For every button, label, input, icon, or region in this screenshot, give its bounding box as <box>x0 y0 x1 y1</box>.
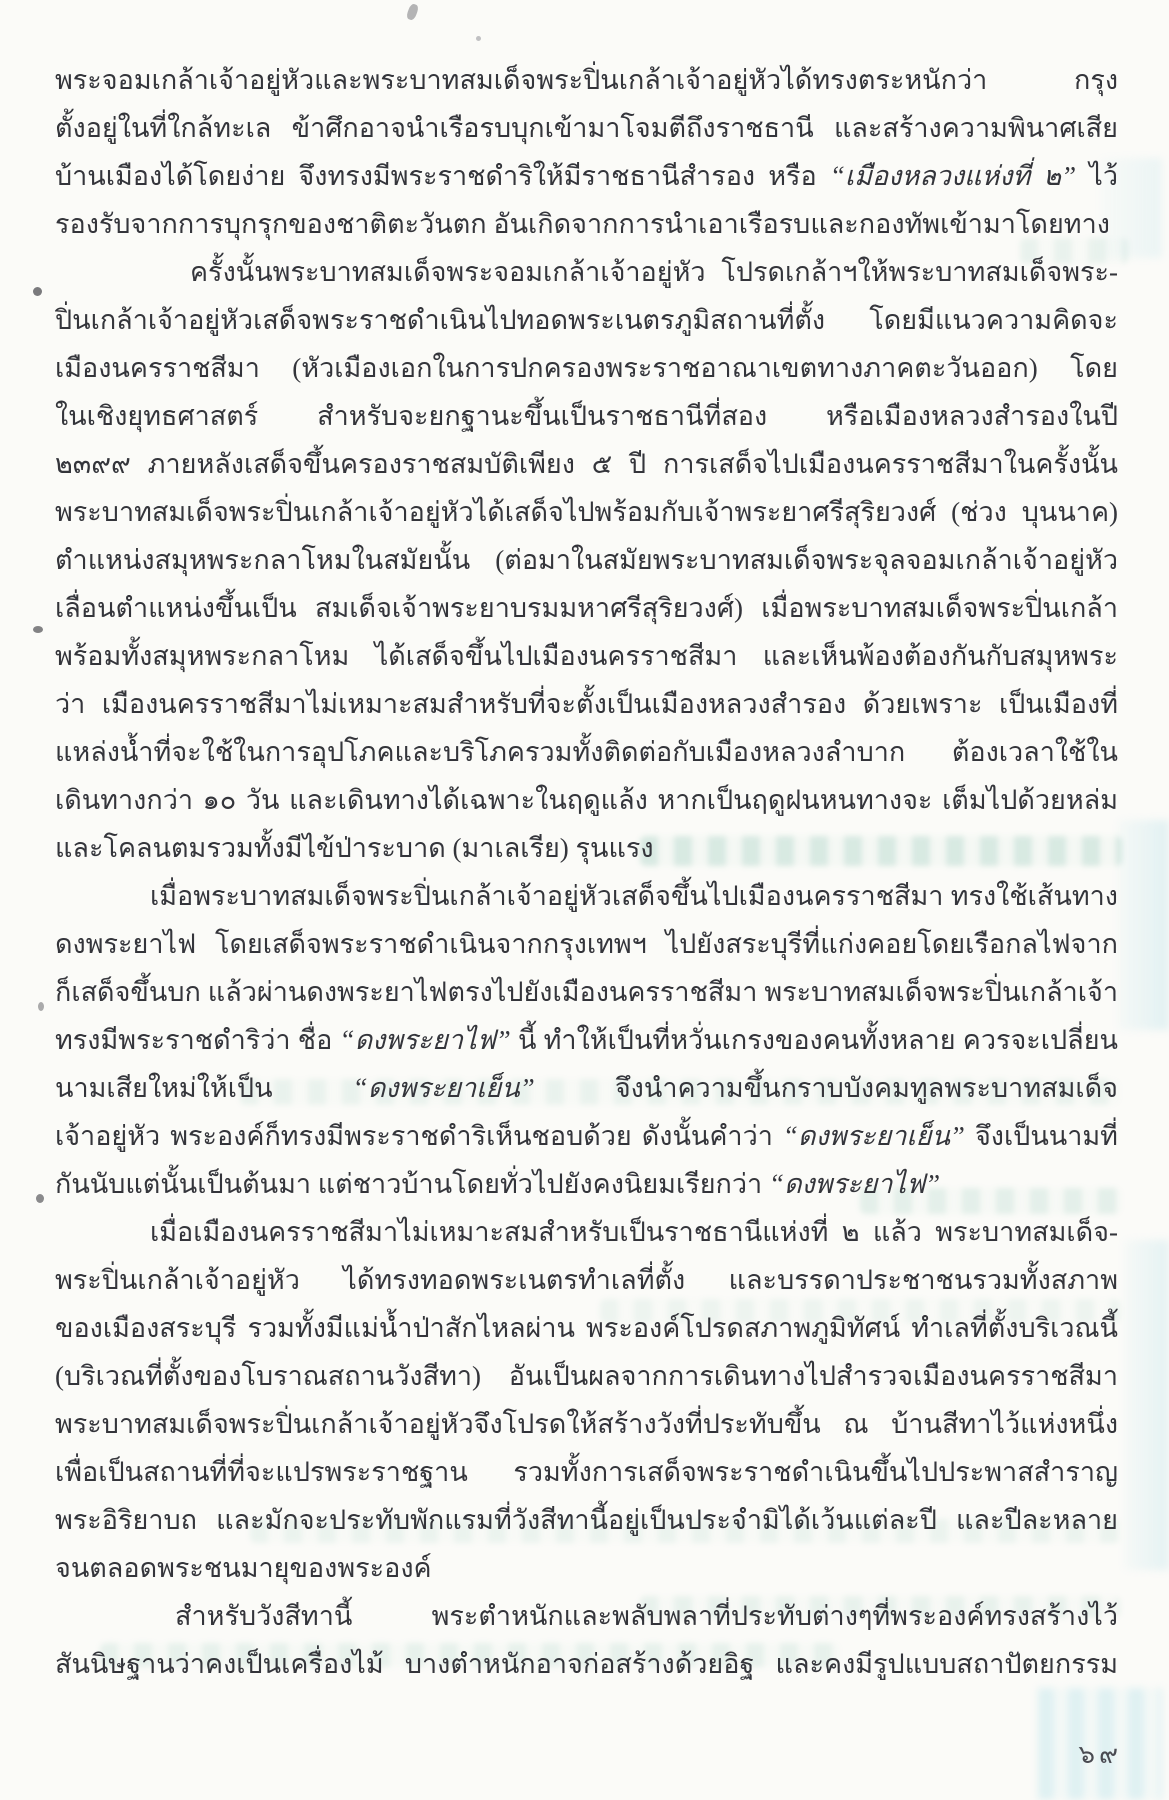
scan-smudge <box>406 3 420 21</box>
text-line: ดงพระยาไฟ โดยเสด็จพระราชดำเนินจากกรุงเทพ… <box>55 920 1118 968</box>
text-segment: บ้านเมืองได้โดยง่าย จึงทรงมีพระราชดำริให… <box>55 161 830 191</box>
text-line: เมืองนครราชสีมา (หัวเมืองเอกในการปกครองพ… <box>55 344 1118 392</box>
text-line: พระอิริยาบถ และมักจะประทับพักแรมที่วังสี… <box>55 1496 1118 1544</box>
scan-speck <box>36 1194 44 1203</box>
text-line: ทรงมีพระราชดำริว่า ชื่อ “ดงพระยาไฟ” นี้ … <box>55 1016 1118 1064</box>
text-line: พระบาทสมเด็จพระปิ่นเกล้าเจ้าอยู่หัวได้เส… <box>55 488 1118 536</box>
text-line: และโคลนตมรวมทั้งมีไข้ป่าระบาด (มาเลเรีย)… <box>55 824 1118 872</box>
text-segment: นี้ ทำให้เป็นที่หวั่นเกรงของคนทั้งหลาย ค… <box>511 1025 1118 1055</box>
emphasized-text: “ดงพระยาไฟ” <box>769 1169 940 1199</box>
text-line: ปิ่นเกล้าเจ้าอยู่หัวเสด็จพระราชดำเนินไปท… <box>55 296 1118 344</box>
text-line: ก็เสด็จขึ้นบก แล้วผ่านดงพระยาไฟตรงไปยังเ… <box>55 968 1118 1016</box>
text-line: ตั้งอยู่ในที่ใกล้ทะเล ข้าศึกอาจนำเรือรบบ… <box>55 104 1118 152</box>
text-segment: เจ้าอยู่หัว พระองค์ก็ทรงมีพระราชดำริเห็น… <box>55 1121 783 1151</box>
text-line: เดินทางกว่า ๑๐ วัน และเดินทางได้เฉพาะในฤ… <box>55 776 1118 824</box>
text-line: เพื่อเป็นสถานที่ที่จะแปรพระราชฐาน รวมทั้… <box>55 1448 1118 1496</box>
scan-tint-band <box>1118 820 1169 1030</box>
text-line: ในเชิงยุทธศาสตร์ สำหรับจะยกฐานะขึ้นเป็นร… <box>55 392 1118 440</box>
text-line: ครั้งนั้นพระบาทสมเด็จพระจอมเกล้าเจ้าอยู่… <box>55 248 1118 296</box>
text-line: เลื่อนตำแหน่งขึ้นเป็น สมเด็จเจ้าพระยาบรม… <box>55 584 1118 632</box>
text-line: สำหรับวังสีทานี้ พระตำหนักและพลับพลาที่ป… <box>55 1592 1118 1640</box>
text-line: แหล่งน้ำที่จะใช้ในการอุปโภคและบริโภครวมท… <box>55 728 1118 776</box>
text-line: พร้อมทั้งสมุหพระกลาโหม ได้เสด็จขึ้นไปเมื… <box>55 632 1118 680</box>
text-line: พระจอมเกล้าเจ้าอยู่หัวและพระบาทสมเด็จพระ… <box>55 56 1118 104</box>
text-line: ว่า เมืองนครราชสีมาไม่เหมาะสมสำหรับที่จะ… <box>55 680 1118 728</box>
scan-speck <box>476 36 481 41</box>
text-line: ๒๓๙๙ ภายหลังเสด็จขึ้นครองราชสมบัติเพียง … <box>55 440 1118 488</box>
emphasized-text: “ดงพระยาเย็น” <box>783 1121 965 1151</box>
text-line: ของเมืองสระบุรี รวมทั้งมีแม่น้ำป่าสักไหล… <box>55 1304 1118 1352</box>
scan-speck <box>33 626 43 633</box>
emphasized-text: “เมืองหลวงแห่งที่ ๒” <box>830 161 1076 191</box>
emphasized-text: “ดงพระยาเย็น” <box>353 1073 535 1103</box>
scan-speck <box>38 1002 44 1011</box>
text-line: ตำแหน่งสมุหพระกลาโหมในสมัยนั้น (ต่อมาในส… <box>55 536 1118 584</box>
text-line: เจ้าอยู่หัว พระองค์ก็ทรงมีพระราชดำริเห็น… <box>55 1112 1118 1160</box>
emphasized-text: “ดงพระยาไฟ” <box>340 1025 511 1055</box>
text-segment: กันนับแต่นั้นเป็นต้นมา แต่ชาวบ้านโดยทั่ว… <box>55 1169 769 1199</box>
text-line: พระบาทสมเด็จพระปิ่นเกล้าเจ้าอยู่หัวจึงโป… <box>55 1400 1118 1448</box>
text-segment: นามเสียใหม่ให้เป็น <box>55 1073 353 1103</box>
text-line: กันนับแต่นั้นเป็นต้นมา แต่ชาวบ้านโดยทั่ว… <box>55 1160 1118 1208</box>
text-line: นามเสียใหม่ให้เป็น “ดงพระยาเย็น” จึงนำคว… <box>55 1064 1118 1112</box>
body-text: พระจอมเกล้าเจ้าอยู่หัวและพระบาทสมเด็จพระ… <box>55 56 1118 1688</box>
text-segment: ทรงมีพระราชดำริว่า ชื่อ <box>55 1025 340 1055</box>
text-line: จนตลอดพระชนมายุของพระองค์ <box>55 1544 1118 1592</box>
text-line: รองรับจากการบุกรุกของชาติตะวันตก อันเกิด… <box>55 200 1118 248</box>
text-line: (บริเวณที่ตั้งของโบราณสถานวังสีทา) อันเป… <box>55 1352 1118 1400</box>
scan-tint-band <box>1124 1240 1169 1570</box>
text-line: เมื่อพระบาทสมเด็จพระปิ่นเกล้าเจ้าอยู่หัว… <box>55 872 1118 920</box>
page-number: ๖๙ <box>1032 1734 1122 1775</box>
text-segment: ไว้ <box>1076 161 1118 191</box>
scan-speck <box>33 287 42 296</box>
text-line: สันนิษฐานว่าคงเป็นเครื่องไม้ บางตำหนักอา… <box>55 1640 1118 1688</box>
text-line: เมื่อเมืองนครราชสีมาไม่เหมาะสมสำหรับเป็น… <box>55 1208 1118 1256</box>
text-line: พระปิ่นเกล้าเจ้าอยู่หัว ได้ทรงทอดพระเนตร… <box>55 1256 1118 1304</box>
text-line: บ้านเมืองได้โดยง่าย จึงทรงมีพระราชดำริให… <box>55 152 1118 200</box>
